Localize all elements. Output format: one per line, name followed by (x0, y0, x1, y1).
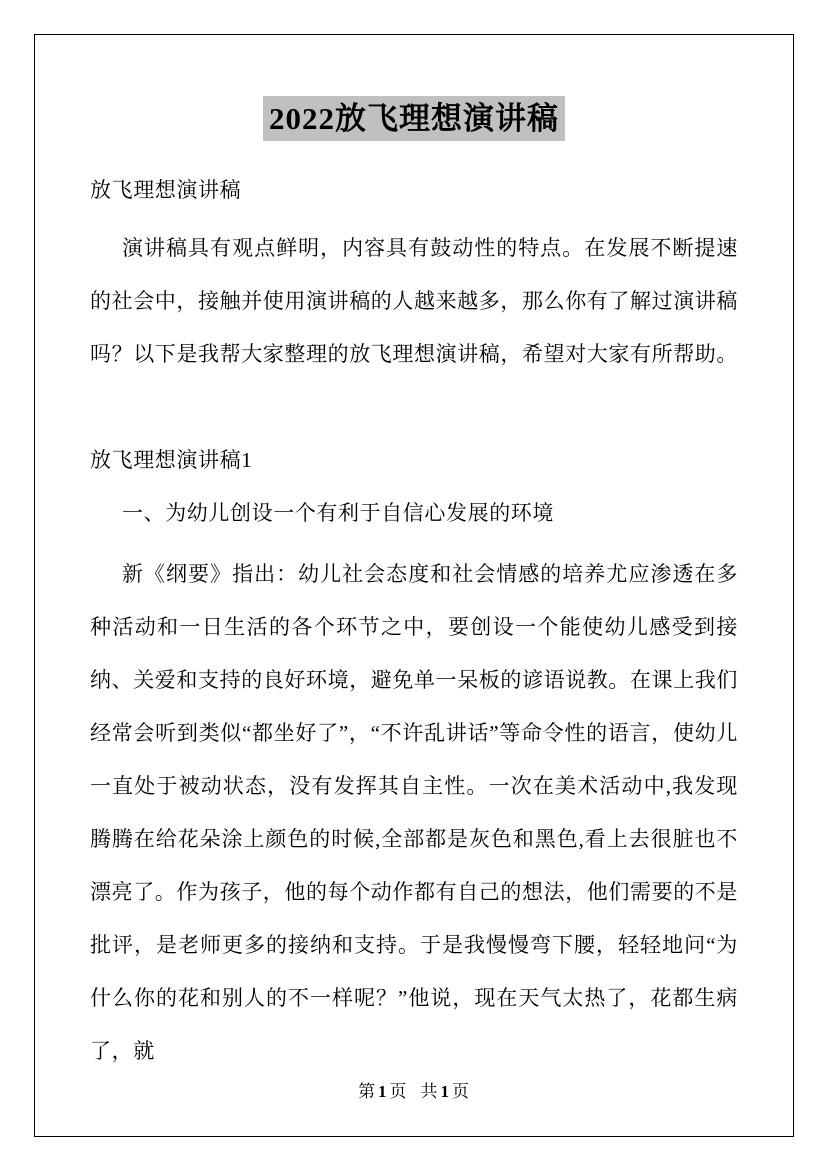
section-heading: 放飞理想演讲稿1 (90, 434, 738, 487)
footer-page-unit: 页 (390, 1082, 407, 1101)
blank-line (90, 381, 738, 434)
paragraph-intro: 演讲稿具有观点鲜明，内容具有鼓动性的特点。在发展不断提速的社会中，接触并使用演讲… (90, 222, 738, 381)
footer-total-prefix: 共 (421, 1082, 438, 1101)
footer-page-prefix: 第 (358, 1082, 375, 1101)
subsection-heading: 一、为幼儿创设一个有利于自信心发展的环境 (90, 487, 738, 540)
paragraph-main: 新《纲要》指出：幼儿社会态度和社会情感的培养尤应渗透在多种活动和一日生活的各个环… (90, 548, 738, 1078)
footer-total-unit: 页 (452, 1082, 469, 1101)
document-title: 2022放飞理想演讲稿 (263, 96, 565, 141)
document-body: 放飞理想演讲稿 演讲稿具有观点鲜明，内容具有鼓动性的特点。在发展不断提速的社会中… (90, 164, 738, 1078)
footer-page-number: 1 (375, 1082, 390, 1101)
footer-total-number: 1 (438, 1082, 453, 1101)
page-footer: 第1页共1页 (0, 1080, 827, 1104)
document-title-row: 2022放飞理想演讲稿 (90, 96, 738, 141)
subtitle-line: 放飞理想演讲稿 (90, 164, 738, 217)
